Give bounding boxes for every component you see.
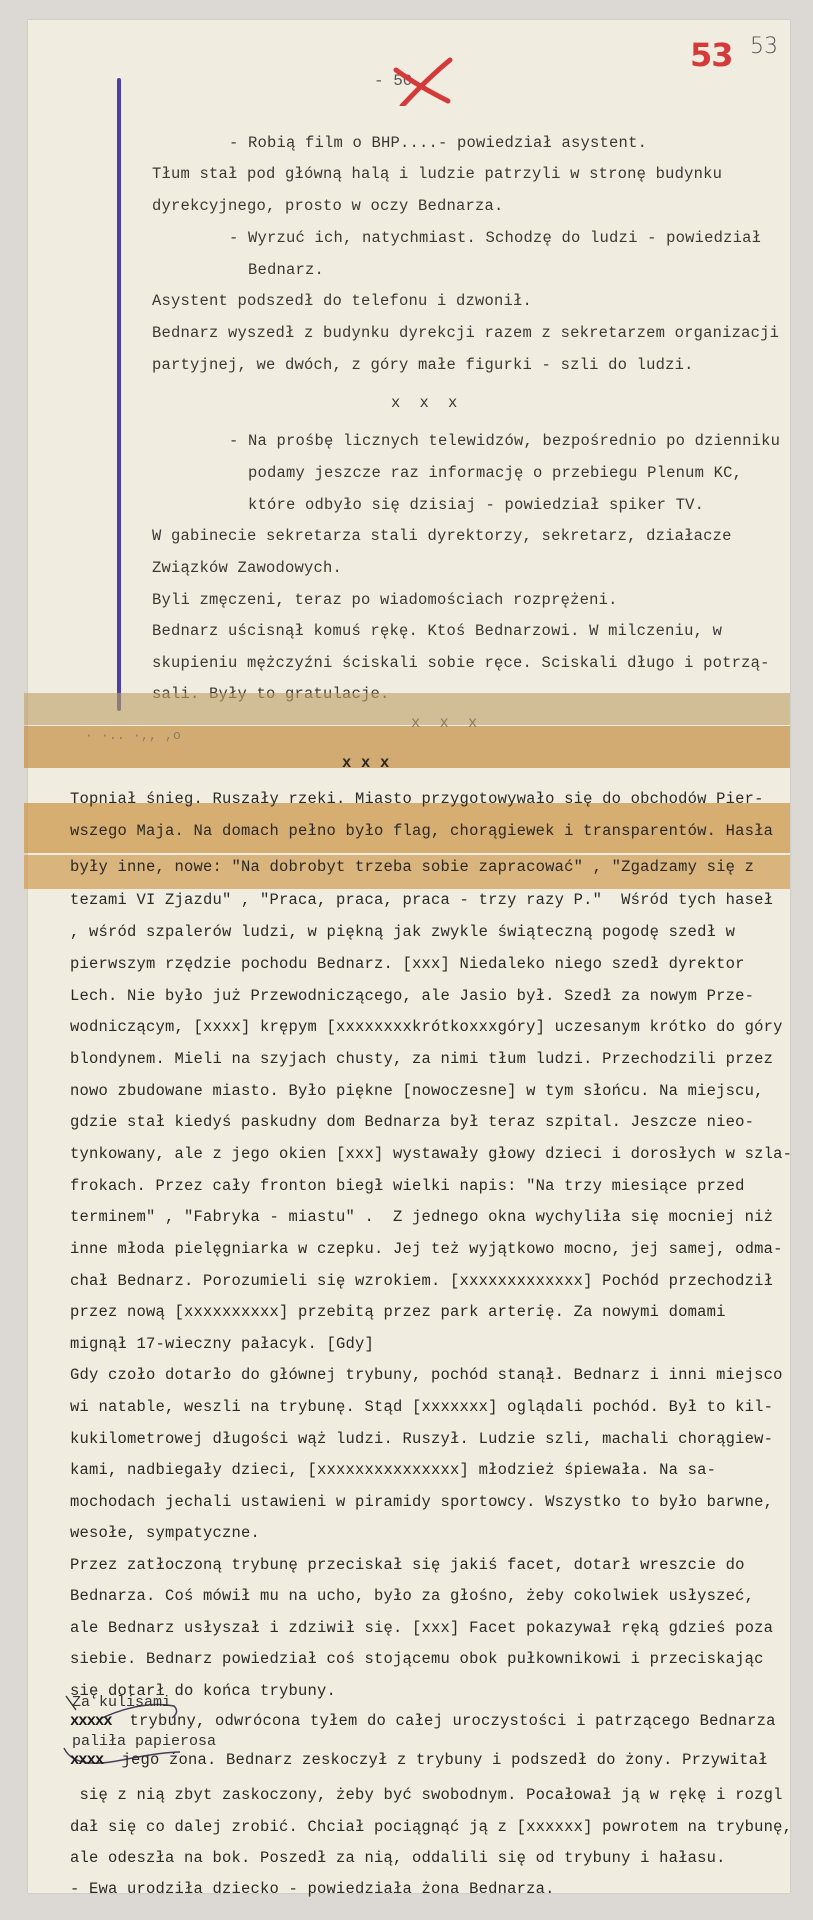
- text-line: wi natable, weszli na trybunę. Stąd [xxx…: [70, 1398, 773, 1416]
- text-line: wesołe, sympatyczne.: [70, 1524, 260, 1542]
- text-line: Bednarz.: [248, 261, 324, 279]
- text-line: - Ewa urodziła dziecko - powiedziała żon…: [70, 1880, 555, 1898]
- section-separator: x x x: [342, 754, 390, 772]
- text-line: dyrekcyjnego, prosto w oczy Bednarza.: [152, 197, 504, 215]
- text-line: pierwszym rzędzie pochodu Bednarz. [xxx]…: [70, 955, 745, 973]
- red-cross-out-mark: [388, 56, 458, 106]
- text-line: - Robią film o BHP....- powiedział asyst…: [229, 134, 647, 152]
- text-line: - Na prośbę licznych telewidzów, bezpośr…: [229, 432, 780, 450]
- text-line: mignął 17-wieczny pałacyk. [Gdy]: [70, 1335, 374, 1353]
- ghost-text-fragment: · ·.. ·,, ,o: [85, 728, 181, 743]
- text-line: Bednarz uścisnął komuś rękę. Ktoś Bednar…: [152, 622, 722, 640]
- text-line: Bednarz wyszedł z budynku dyrekcji razem…: [152, 324, 779, 342]
- text-line: Lech. Nie było już Przewodniczącego, ale…: [70, 987, 754, 1005]
- struck-out-text: xxxxx: [70, 1712, 112, 1730]
- text-line: Topniał śnieg. Ruszały rzeki. Miasto prz…: [70, 790, 764, 808]
- text-line: kukilometrowej długości wąż ludzi. Ruszy…: [70, 1430, 773, 1448]
- text-line: blondynem. Mieli na szyjach chusty, za n…: [70, 1050, 773, 1068]
- text-line: nowo zbudowane miasto. Było piękne [nowo…: [70, 1082, 764, 1100]
- text-line: Przez zatłoczoną trybunę przeciskał się …: [70, 1556, 745, 1574]
- section-separator: x x x: [391, 394, 458, 412]
- text-line: Byli zmęczeni, teraz po wiadomościach ro…: [152, 591, 618, 609]
- text-line: inne młoda pielęgniarka w czepku. Jej te…: [70, 1240, 783, 1258]
- text-line: ale odeszła na bok. Poszedł za nią, odda…: [70, 1849, 726, 1867]
- text-line: , wśród szpalerów ludzi, w piękną jak zw…: [70, 923, 735, 941]
- text-line: Gdy czoło dotarło do głównej trybuny, po…: [70, 1366, 783, 1384]
- text-line: przez nową [xxxxxxxxxx] przebitą przez p…: [70, 1303, 726, 1321]
- inserted-correction: Za kulisami: [72, 1694, 171, 1711]
- text-line: jego żona. Bednarz zeskoczył z trybuny i…: [112, 1751, 768, 1769]
- ghost-separator: x x x: [411, 714, 478, 732]
- text-line: wodniczącym, [xxxx] krępym [xxxxxxxxkrót…: [70, 1018, 783, 1036]
- text-line: tynkowany, ale z jego okien [xxx] wystaw…: [70, 1145, 792, 1163]
- text-line: Tłum stał pod główną halą i ludzie patrz…: [152, 165, 722, 183]
- text-line: trybuny, odwrócona tyłem do całej uroczy…: [120, 1712, 776, 1730]
- text-line: partyjnej, we dwóch, z góry małe figurki…: [152, 356, 694, 374]
- text-line: chał Bednarz. Porozumieli się wzrokiem. …: [70, 1272, 773, 1290]
- text-line: wszego Maja. Na domach pełno było flag, …: [70, 822, 773, 840]
- adhesive-tape-strip: [24, 693, 790, 725]
- text-line: dał się co dalej zrobić. Chciał pociągną…: [70, 1818, 792, 1836]
- text-line: Bednarza. Coś mówił mu na ucho, było za …: [70, 1587, 754, 1605]
- text-line: były inne, nowe: "Na dobrobyt trzeba sob…: [70, 858, 754, 876]
- text-line: ale Bednarz usłyszał i zdziwił się. [xxx…: [70, 1619, 773, 1637]
- text-line: się z nią zbyt zaskoczony, żeby być swob…: [70, 1786, 783, 1804]
- text-line: podamy jeszcze raz informację o przebieg…: [248, 464, 742, 482]
- text-line: Asystent podszedł do telefonu i dzwonił.: [152, 292, 532, 310]
- text-line: które odbyło się dzisiaj - powiedział sp…: [248, 496, 704, 514]
- text-line: mochodach jechali ustawieni w piramidy s…: [70, 1493, 773, 1511]
- red-page-number: 53: [690, 36, 733, 74]
- inserted-correction: paliła papierosa: [72, 1733, 216, 1750]
- struck-out-text: xxxx: [70, 1751, 103, 1769]
- text-line: terminem" , "Fabryka - miastu" . Z jedne…: [70, 1208, 773, 1226]
- text-line: skupieniu mężczyźni ściskali sobie ręce.…: [152, 654, 770, 672]
- text-line: tezami VI Zjazdu" , "Praca, praca, praca…: [70, 891, 773, 909]
- text-line: W gabinecie sekretarza stali dyrektorzy,…: [152, 527, 732, 545]
- text-line: frokach. Przez cały fronton biegł wielki…: [70, 1177, 745, 1195]
- text-line: - Wyrzuć ich, natychmiast. Schodzę do lu…: [229, 229, 761, 247]
- text-line: Związków Zawodowych.: [152, 559, 342, 577]
- text-line: kami, nadbiegały dzieci, [xxxxxxxxxxxxxx…: [70, 1461, 716, 1479]
- pencil-page-number: 53: [750, 34, 778, 59]
- blue-margin-line: [117, 78, 121, 711]
- text-line: siebie. Bednarz powiedział coś stojącemu…: [70, 1650, 764, 1668]
- text-line: gdzie stał kiedyś paskudny dom Bednarza …: [70, 1113, 754, 1131]
